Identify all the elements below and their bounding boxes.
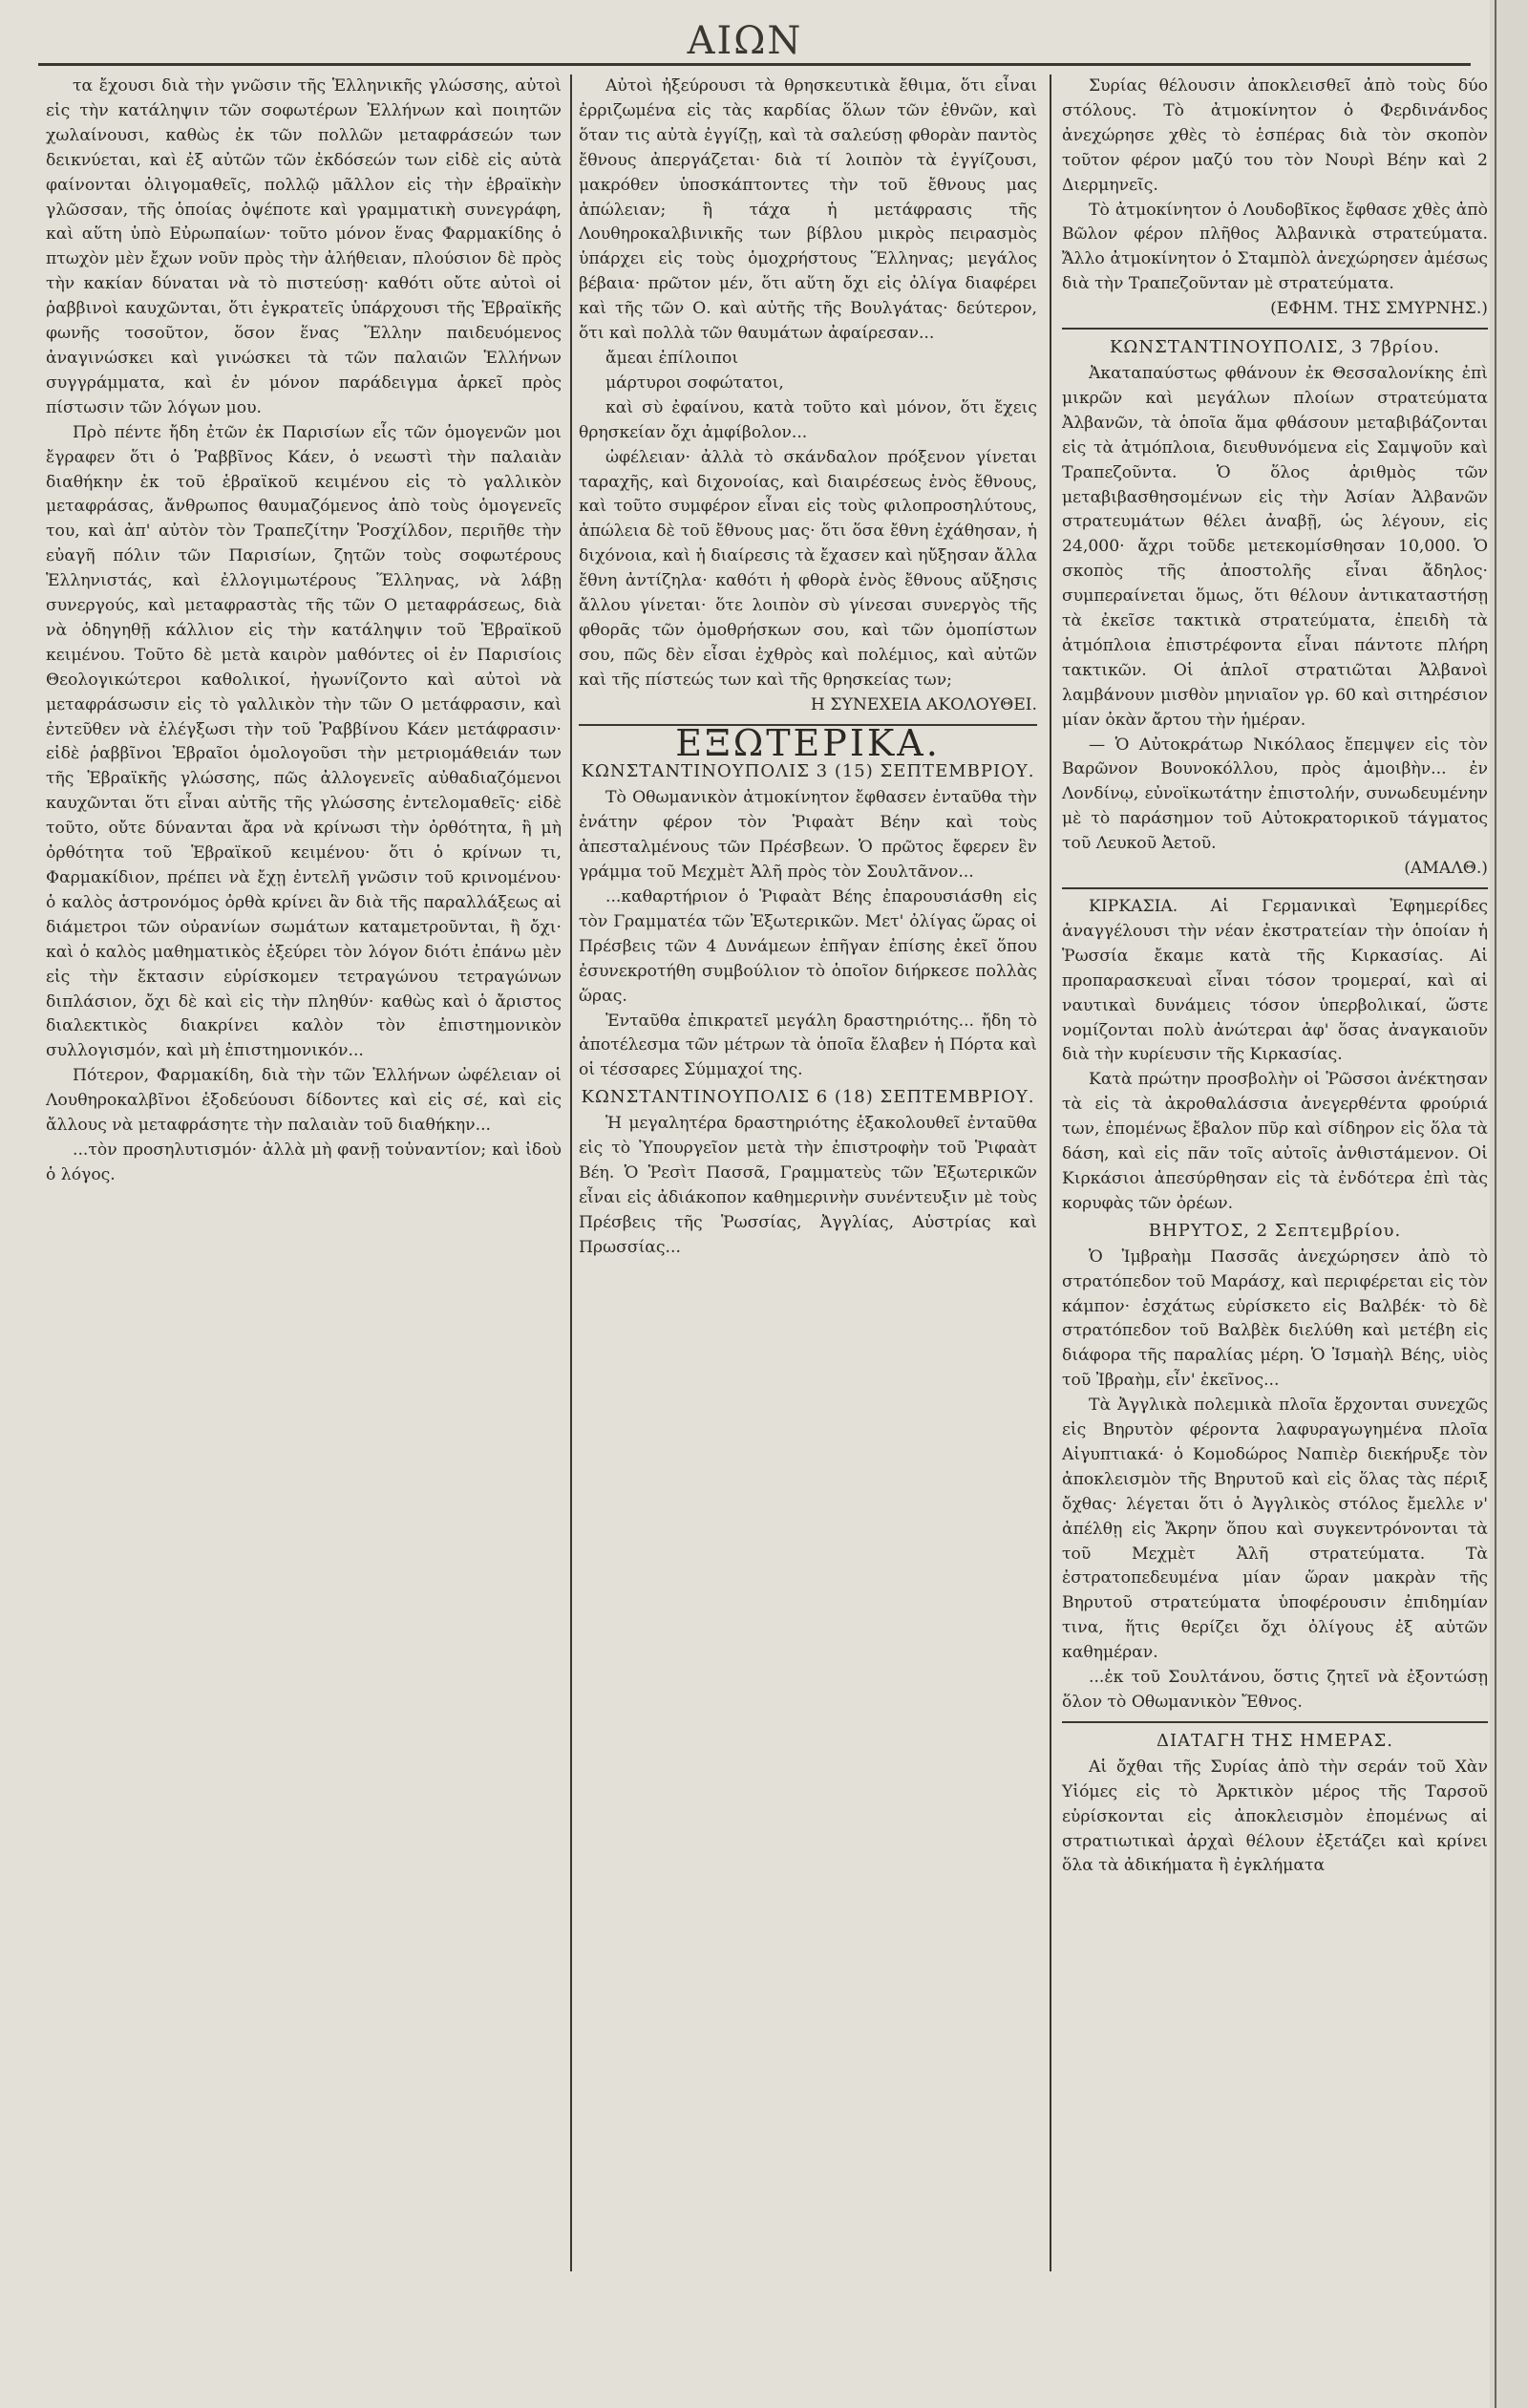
verse-line: μάρτυροι σοφώτατοι, [579,372,1037,396]
article-paragraph: ...ἐκ τοῦ Σουλτάνου, ὅστις ζητεῖ νὰ ἐξον… [1062,1666,1488,1715]
article-paragraph: ὠφέλειαν· ἀλλὰ τὸ σκάνδαλον πρόξενον γίν… [579,446,1037,693]
article-paragraph: Τὸ ἀτμοκίνητον ὁ Λουδοβῖκος ἔφθασε χθὲς … [1062,199,1488,298]
masthead-title: ΑΙΩΝ [0,19,1490,63]
column-3: Συρίας θέλουσιν ἀποκλεισθεῖ ἀπὸ τοὺς δύο… [1062,75,1488,1879]
source-credit: (ΑΜΑΛΘ.) [1062,857,1488,882]
article-paragraph: Πότερον, Φαρμακίδη, διὰ τὴν τῶν Ἑλλήνων … [46,1064,562,1139]
article-paragraph: ΚΙΡΚΑΣΙΑ. Αἱ Γερμανικαὶ Ἐφημερίδες ἀναγγ… [1062,895,1488,1068]
dispatch-heading: ΔΙΑΤΑΓΗ ΤΗΣ ΗΜΕΡΑΣ. [1062,1729,1488,1754]
article-paragraph: Συρίας θέλουσιν ἀποκλεισθεῖ ἀπὸ τοὺς δύο… [1062,75,1488,199]
verse-line: ἄμεαι ἐπίλοιποι [579,347,1037,372]
article-paragraph: Αὐτοὶ ἠξεύρουσι τὰ θρησκευτικὰ ἔθιμα, ὅτ… [579,75,1037,347]
dispatch-heading: ΚΩΝΣΤΑΝΤΙΝΟΥΠΟΛΙΣ 3 (15) ΣΕΠΤΕΜΒΡΙΟΥ. [579,759,1037,784]
column-1: τα ἔχουσι διὰ τὴν γνῶσιν τῆς Ἑλληνικῆς γ… [46,75,562,1188]
article-paragraph: Ὁ Ἰμβραὴμ Πασσᾶς ἀνεχώρησεν ἀπὸ τὸ στρατ… [1062,1246,1488,1394]
dispatch-heading: ΒΗΡΥΤΟΣ, 2 Σεπτεμβρίου. [1062,1219,1488,1244]
section-title: ΕΞΩΤΕΡΙΚΑ. [579,732,1037,756]
article-paragraph: Τὰ Ἀγγλικὰ πολεμικὰ πλοῖα ἔρχονται συνεχ… [1062,1394,1488,1666]
article-paragraph: Κατὰ πρώτην προσβολὴν οἱ Ῥῶσσοι ἀνέκτησα… [1062,1068,1488,1216]
section-rule [1062,328,1488,330]
column-2: Αὐτοὶ ἠξεύρουσι τὰ θρησκευτικὰ ἔθιμα, ὅτ… [579,75,1037,1261]
newspaper-page: ΑΙΩΝ τα ἔχουσι διὰ τὴν γνῶσιν τῆς Ἑλληνι… [0,0,1490,2408]
article-paragraph: Ἀκαταπαύστως φθάνουν ἐκ Θεσσαλονίκης ἐπὶ… [1062,362,1488,734]
article-paragraph: ...καθαρτήριον ὁ Ῥιφαὰτ Βέης ἐπαρουσιάσθ… [579,885,1037,1010]
dispatch-heading: ΚΩΝΣΤΑΝΤΙΝΟΥΠΟΛΙΣ, 3 7βρίου. [1062,335,1488,360]
article-paragraph: Τὸ Οθωμανικὸν ἀτμοκίνητον ἔφθασεν ἐνταῦθ… [579,786,1037,885]
column-divider [1050,75,1051,2271]
continued-notice: Η ΣΥΝΕΧΕΙΑ ΑΚΟΛΟΥΘΕΙ. [579,693,1037,718]
article-paragraph: Πρὸ πέντε ἤδη ἐτῶν ἐκ Παρισίων εἷς τῶν ὁ… [46,421,562,1065]
article-paragraph: καὶ σὺ ἐφαίνου, κατὰ τοῦτο καὶ μόνον, ὅτ… [579,396,1037,446]
section-rule [1062,887,1488,889]
section-rule [1062,1721,1488,1723]
article-paragraph: ...τὸν προσηλυτισμόν· ἀλλὰ μὴ φανῇ τοὐνα… [46,1139,562,1188]
masthead-rule [38,63,1471,66]
page-edge [1495,0,1496,2408]
article-paragraph: Ἐνταῦθα ἐπικρατεῖ μεγάλη δραστηριότης...… [579,1010,1037,1084]
dispatch-heading: ΚΩΝΣΤΑΝΤΙΝΟΥΠΟΛΙΣ 6 (18) ΣΕΠΤΕΜΒΡΙΟΥ. [579,1085,1037,1110]
column-divider [570,75,572,2271]
article-paragraph: Ἡ μεγαλητέρα δραστηριότης ἐξακολουθεῖ ἐν… [579,1112,1037,1260]
article-paragraph: τα ἔχουσι διὰ τὴν γνῶσιν τῆς Ἑλληνικῆς γ… [46,75,562,421]
source-credit: (ΕΦΗΜ. ΤΗΣ ΣΜΥΡΝΗΣ.) [1062,297,1488,322]
article-paragraph: Αἱ ὄχθαι τῆς Συρίας ἀπὸ τὴν σεράν τοῦ Χὰ… [1062,1756,1488,1880]
article-paragraph: — Ὁ Αὐτοκράτωρ Νικόλαος ἔπεμψεν εἰς τὸν … [1062,734,1488,858]
